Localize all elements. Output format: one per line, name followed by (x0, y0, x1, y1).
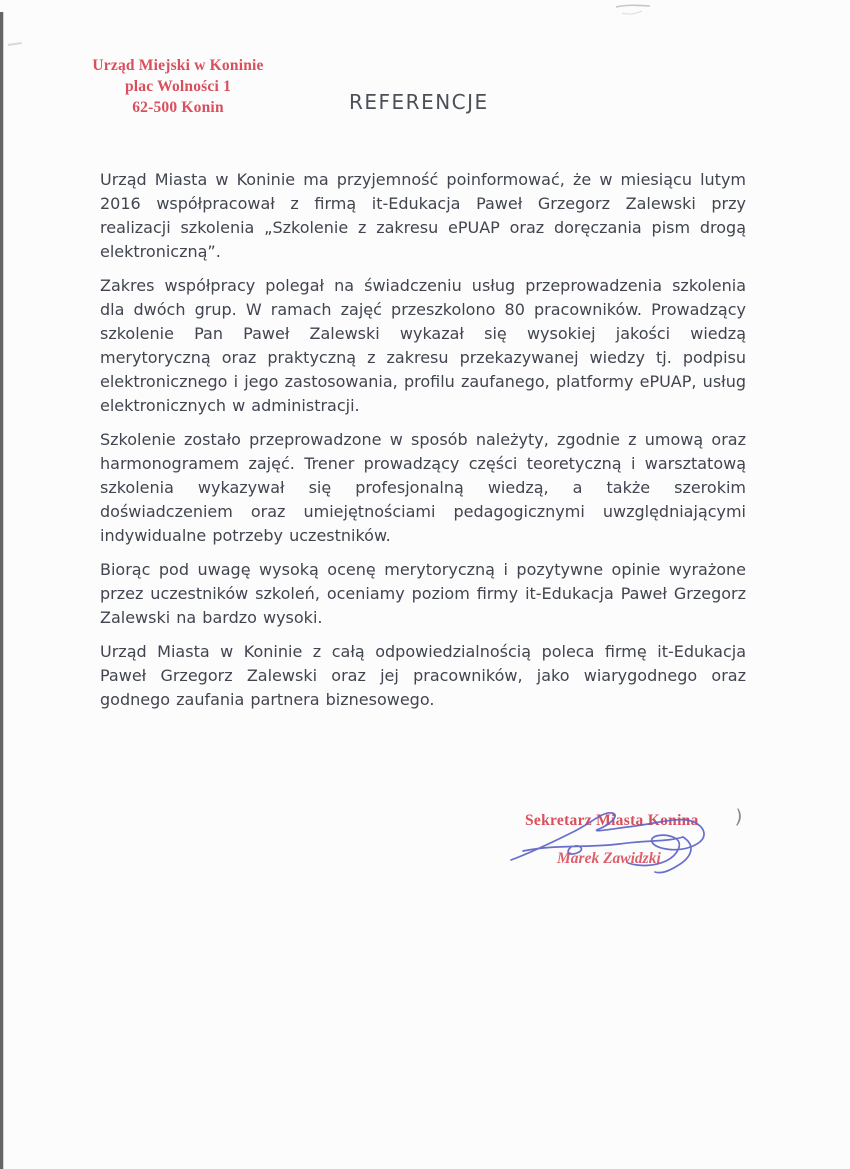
signature-block: Sekretarz Miasta Konina Marek Zawidzki ) (495, 798, 785, 908)
paragraph-quality: Szkolenie zostało przeprowadzone w sposó… (100, 428, 746, 548)
stamp-line-street: plac Wolności 1 (78, 76, 278, 97)
office-address-stamp: Urząd Miejski w Koninie plac Wolności 1 … (78, 55, 278, 118)
paragraph-opinion: Biorąc pod uwagę wysoką ocenę merytorycz… (100, 558, 746, 630)
paragraph-scope: Zakres współpracy polegał na świadczeniu… (100, 274, 746, 418)
paragraph-intro: Urząd Miasta w Koninie ma przyjemność po… (100, 168, 746, 264)
stamp-line-org: Urząd Miejski w Koninie (78, 55, 278, 76)
scanned-letter-page: Urząd Miejski w Koninie plac Wolności 1 … (0, 0, 850, 1169)
pen-mark: ) (734, 806, 743, 828)
scan-smudge-top (612, 3, 654, 17)
paragraph-recommendation: Urząd Miasta w Koninie z całą odpowiedzi… (100, 640, 746, 712)
document-title: REFERENCJE (349, 90, 489, 114)
stamp-line-city: 62-500 Konin (78, 97, 278, 118)
letter-body: Urząd Miasta w Koninie ma przyjemność po… (100, 168, 746, 722)
scan-smudge-left (8, 42, 23, 50)
scan-edge-artifact-light (3, 12, 4, 1169)
